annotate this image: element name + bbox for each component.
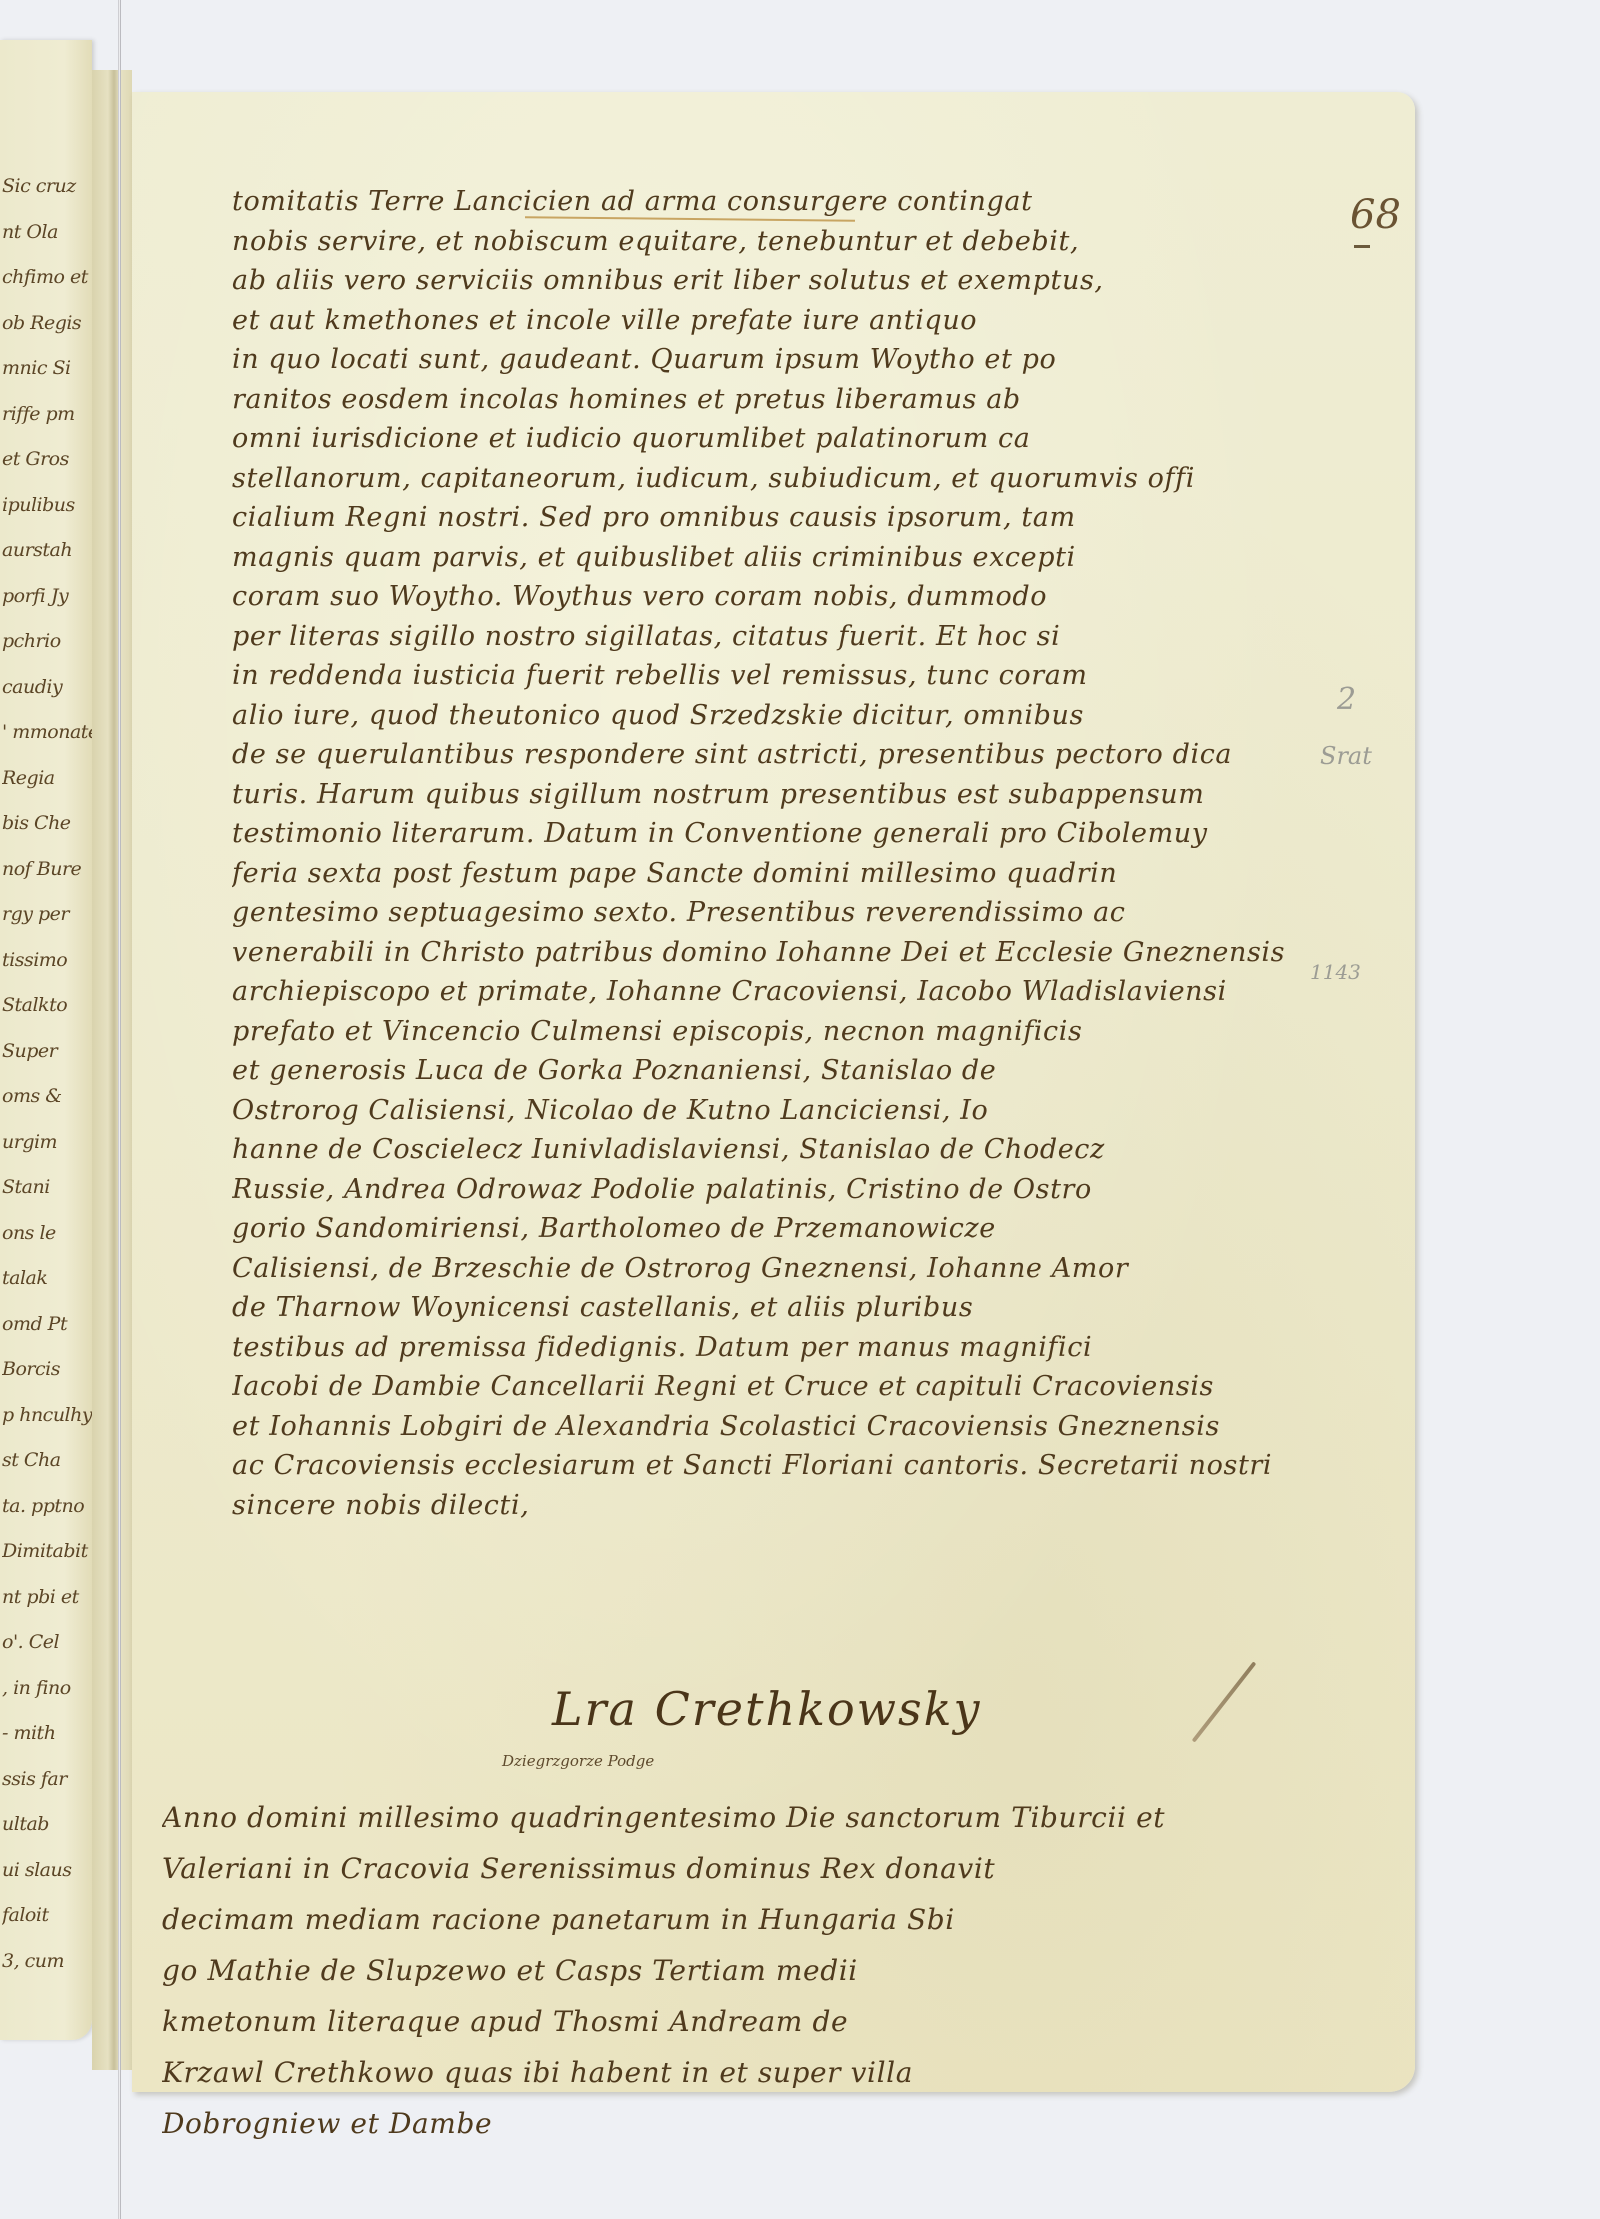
manuscript-line: testimonio literarum. Datum in Conventio… <box>232 814 1382 854</box>
facing-page-line: 3, cum <box>2 1950 92 1972</box>
manuscript-line: Iacobi de Dambie Cancellarii Regni et Cr… <box>232 1367 1382 1407</box>
manuscript-line: Anno domini millesimo quadringentesimo D… <box>162 1792 1362 1843</box>
manuscript-line: per literas sigillo nostro sigillatas, c… <box>232 617 1382 657</box>
second-entry-block: Anno domini millesimo quadringentesimo D… <box>162 1792 1362 2149</box>
facing-page-line: , in fino <box>2 1677 92 1699</box>
manuscript-line: kmetonum literaque apud Thosmi Andream d… <box>162 1996 1362 2047</box>
manuscript-line: stellanorum, capitaneorum, iudicum, subi… <box>232 459 1382 499</box>
manuscript-line: et generosis Luca de Gorka Poznaniensi, … <box>232 1051 1382 1091</box>
manuscript-line: in quo locati sunt, gaudeant. Quarum ips… <box>232 340 1382 380</box>
manuscript-line: ac Cracoviensis ecclesiarum et Sancti Fl… <box>232 1446 1382 1486</box>
facing-page-left-edge: Sic cruznt Olachfimo etob Regismnic Siri… <box>0 40 92 2040</box>
facing-page-line: ssis far <box>2 1768 92 1790</box>
facing-page-line: talak <box>2 1267 92 1289</box>
facing-page-line: omd Pt <box>2 1313 92 1335</box>
facing-page-line: porfi Jy <box>2 585 92 607</box>
pencil-number: 1143 <box>1310 960 1361 984</box>
facing-page-line: oms & <box>2 1085 92 1107</box>
facing-page-line: ' mmonate <box>2 721 92 743</box>
pencil-mark-x: 2 <box>1337 682 1356 717</box>
manuscript-line: Dobrogniew et Dambe <box>162 2098 1362 2149</box>
binding-gutter <box>92 70 132 2070</box>
facing-page-line: nt pbi et <box>2 1586 92 1608</box>
facing-page-line: ultab <box>2 1813 92 1835</box>
manuscript-line: magnis quam parvis, et quibuslibet aliis… <box>232 538 1382 578</box>
facing-page-line: faloit <box>2 1904 92 1926</box>
facing-page-line: nof Bure <box>2 858 92 880</box>
manuscript-line: gentesimo septuagesimo sexto. Presentibu… <box>232 893 1382 933</box>
facing-page-line: ui slaus <box>2 1859 92 1881</box>
facing-page-line: chfimo et <box>2 266 92 288</box>
manuscript-line: Valeriani in Cracovia Serenissimus domin… <box>162 1843 1362 1894</box>
facing-page-line: pchrio <box>2 630 92 652</box>
manuscript-line: ab aliis vero serviciis omnibus erit lib… <box>232 261 1382 301</box>
manuscript-line: go Mathie de Slupzewo et Casps Tertiam m… <box>162 1945 1362 1996</box>
facing-page-line: p hnculhy <box>2 1404 92 1426</box>
manuscript-folio: 68 tomitatis Terre Lancicien ad arma con… <box>132 92 1415 2092</box>
manuscript-line: tomitatis Terre Lancicien ad arma consur… <box>232 182 1382 222</box>
facing-page-line: st Cha <box>2 1449 92 1471</box>
facing-page-line: ta. pptno <box>2 1495 92 1517</box>
manuscript-line: feria sexta post festum pape Sancte domi… <box>232 854 1382 894</box>
facing-page-line: o'. Cel <box>2 1631 92 1653</box>
facing-page-line: ons le <box>2 1222 92 1244</box>
manuscript-line: ranitos eosdem incolas homines et pretus… <box>232 380 1382 420</box>
manuscript-line: decimam mediam racione panetarum in Hung… <box>162 1894 1362 1945</box>
facing-page-line: Borcis <box>2 1358 92 1380</box>
manuscript-line: nobis servire, et nobiscum equitare, ten… <box>232 222 1382 262</box>
manuscript-line: omni iurisdicione et iudicio quorumlibet… <box>232 419 1382 459</box>
manuscript-line: gorio Sandomiriensi, Bartholomeo de Prze… <box>232 1209 1382 1249</box>
facing-page-line: Sic cruz <box>2 175 92 197</box>
facing-page-line: et Gros <box>2 448 92 470</box>
manuscript-line: alio iure, quod theutonico quod Srzedzsk… <box>232 696 1382 736</box>
facing-page-line: Stani <box>2 1176 92 1198</box>
manuscript-line: cialium Regni nostri. Sed pro omnibus ca… <box>232 498 1382 538</box>
manuscript-line: de se querulantibus respondere sint astr… <box>232 735 1382 775</box>
facing-page-line: rgy per <box>2 903 92 925</box>
manuscript-line: sincere nobis dilecti, <box>232 1486 1382 1526</box>
manuscript-line: Krzawl Crethkowo quas ibi habent in et s… <box>162 2047 1362 2098</box>
facing-page-line: Dimitabit <box>2 1540 92 1562</box>
manuscript-line: archiepiscopo et primate, Iohanne Cracov… <box>232 972 1382 1012</box>
facing-page-line: Stalkto <box>2 994 92 1016</box>
manuscript-line: hanne de Coscielecz Iunivladislaviensi, … <box>232 1130 1382 1170</box>
manuscript-line: coram suo Woytho. Woythus vero coram nob… <box>232 577 1382 617</box>
manuscript-line: de Tharnow Woynicensi castellanis, et al… <box>232 1288 1382 1328</box>
facing-page-line: - mith <box>2 1722 92 1744</box>
manuscript-line: turis. Harum quibus sigillum nostrum pre… <box>232 775 1382 815</box>
tick-mark-icon <box>1192 1661 1257 1742</box>
facing-page-line: riffe pm <box>2 403 92 425</box>
facing-page-line: Regia <box>2 767 92 789</box>
facing-page-line: mnic Si <box>2 357 92 379</box>
manuscript-line: et Iohannis Lobgiri de Alexandria Scolas… <box>232 1407 1382 1447</box>
pencil-annotation: Srat <box>1320 742 1372 770</box>
facing-page-line: ipulibus <box>2 494 92 516</box>
manuscript-line: testibus ad premissa fidedignis. Datum p… <box>232 1328 1382 1368</box>
manuscript-line: et aut kmethones et incole ville prefate… <box>232 301 1382 341</box>
heading-subnote: Dziegrzgorze Podge <box>502 1752 654 1770</box>
facing-page-line: bis Che <box>2 812 92 834</box>
manuscript-line: Russie, Andrea Odrowaz Podolie palatinis… <box>232 1170 1382 1210</box>
facing-page-line: Super <box>2 1040 92 1062</box>
manuscript-line: venerabili in Christo patribus domino Io… <box>232 933 1382 973</box>
main-text-block: tomitatis Terre Lancicien ad arma consur… <box>232 182 1382 1525</box>
facing-page-line: urgim <box>2 1131 92 1153</box>
facing-page-line: ob Regis <box>2 312 92 334</box>
binding-cord <box>118 0 121 2219</box>
facing-page-line: aurstah <box>2 539 92 561</box>
manuscript-line: prefato et Vincencio Culmensi episcopis,… <box>232 1012 1382 1052</box>
manuscript-line: in reddenda iusticia fuerit rebellis vel… <box>232 656 1382 696</box>
entry-heading: Lra Crethkowsky <box>552 1682 982 1736</box>
facing-page-line: caudiy <box>2 676 92 698</box>
facing-page-line: tissimo <box>2 949 92 971</box>
manuscript-line: Calisiensi, de Brzeschie de Ostrorog Gne… <box>232 1249 1382 1289</box>
manuscript-line: Ostrorog Calisiensi, Nicolao de Kutno La… <box>232 1091 1382 1131</box>
facing-page-line: nt Ola <box>2 221 92 243</box>
edge-ink-mark <box>1354 245 1370 248</box>
